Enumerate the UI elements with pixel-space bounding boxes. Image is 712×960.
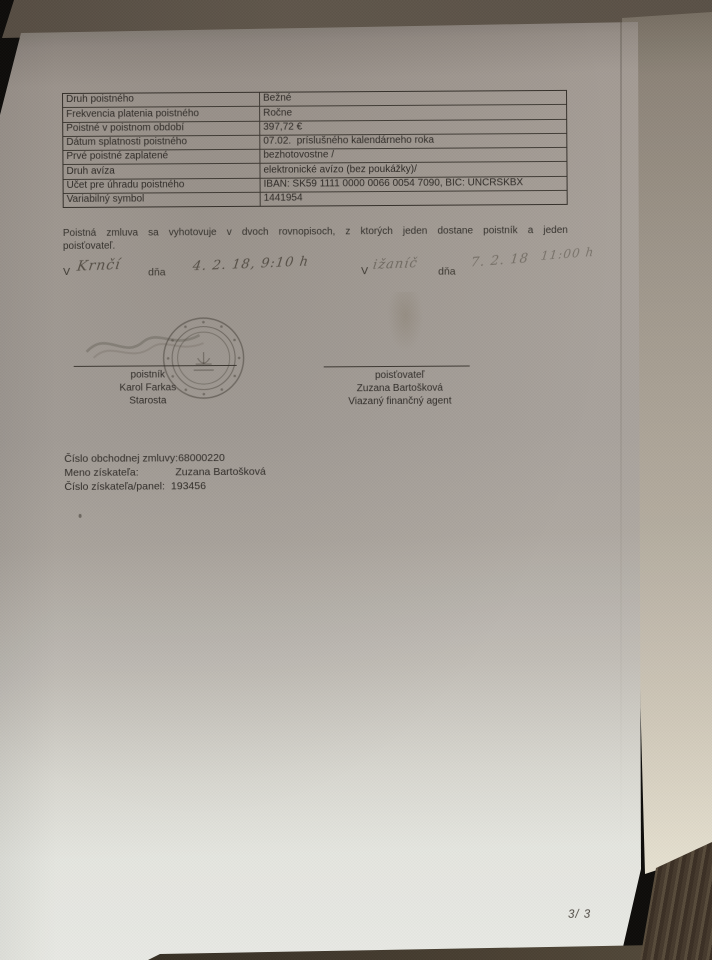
signatory-role: poisťovateľ <box>324 368 476 382</box>
signature-line-right <box>324 366 470 368</box>
contract-number-value: 68000220 <box>178 452 225 464</box>
table-cell-label: Frekvencia platenia poistného <box>63 107 260 121</box>
table-cell-label: Dátum splatnosti poistného <box>63 136 260 150</box>
signatory-title: Viazaný finančný agent <box>324 395 476 409</box>
page-number: 3/ 3 <box>568 909 591 921</box>
contract-number-line: Číslo obchodnej zmluvy:68000220 <box>64 451 266 466</box>
handwritten-place-left: Krnčí <box>76 257 122 275</box>
execution-line: V Krnčí dňa 4. 2. 18, 9:10 h V ižaníč dň… <box>1 250 712 294</box>
table-cell-value: 1441954 <box>261 191 567 206</box>
dna-label-left: dňa <box>148 266 166 278</box>
signatory-name: Karol Farkas <box>93 381 203 395</box>
signature-block-insurer: poisťovateľ Zuzana Bartošková Viazaný fi… <box>324 368 476 409</box>
place-prefix-left: V <box>63 266 70 278</box>
signature-scribble <box>81 317 211 370</box>
handwritten-date-right: 7. 2. 18 <box>470 251 530 270</box>
footer-info: Číslo obchodnej zmluvy:68000220 Meno zís… <box>64 451 266 495</box>
page-content: Druh poistného Bežné Frekvencia platenia… <box>0 0 712 960</box>
paper-speck <box>79 514 82 518</box>
signature-block-policyholder: poistník Karol Farkas Starosta <box>93 368 203 408</box>
signatory-name: Zuzana Bartošková <box>324 382 476 396</box>
signatory-role: poistník <box>93 368 203 382</box>
agent-id-value: 193456 <box>171 481 206 493</box>
signature-line-left <box>74 365 237 367</box>
dna-label-right: dňa <box>438 266 456 278</box>
counterparts-paragraph: Poistná zmluva sa vyhotovuje v dvoch rov… <box>63 225 568 254</box>
table-cell-label: Prvé poistné zaplatené <box>63 150 260 164</box>
agent-name-value: Zuzana Bartošková <box>175 466 266 479</box>
agent-id-line: Číslo získateľa/panel:193456 <box>64 479 266 494</box>
handwritten-date-left: 4. 2. 18, 9:10 h <box>192 254 310 274</box>
document-photo: Druh poistného Bežné Frekvencia platenia… <box>0 0 712 960</box>
table-cell-label: Variabilný symbol <box>64 193 261 207</box>
place-prefix-right: V <box>361 265 368 277</box>
table-cell-label: Poistné v poistnom období <box>63 121 260 135</box>
table-cell-label: Účet pre úhradu poistného <box>64 178 261 192</box>
table-cell-label: Druh avíza <box>63 164 260 178</box>
contract-number-label: Číslo obchodnej zmluvy: <box>64 452 178 465</box>
handwritten-time-right: 11:00 h <box>540 245 595 263</box>
signature-smudge <box>387 292 423 352</box>
agent-name-label: Meno získateľa: <box>64 466 175 481</box>
agent-id-label: Číslo získateľa/panel: <box>64 481 165 494</box>
table-row: Variabilný symbol 1441954 <box>64 190 567 207</box>
policy-table: Druh poistného Bežné Frekvencia platenia… <box>62 90 568 208</box>
table-cell-label: Druh poistného <box>63 93 260 107</box>
signatory-title: Starosta <box>93 395 203 409</box>
agent-name-line: Meno získateľa:Zuzana Bartošková <box>64 465 266 480</box>
handwritten-place-right: ižaníč <box>372 256 419 273</box>
